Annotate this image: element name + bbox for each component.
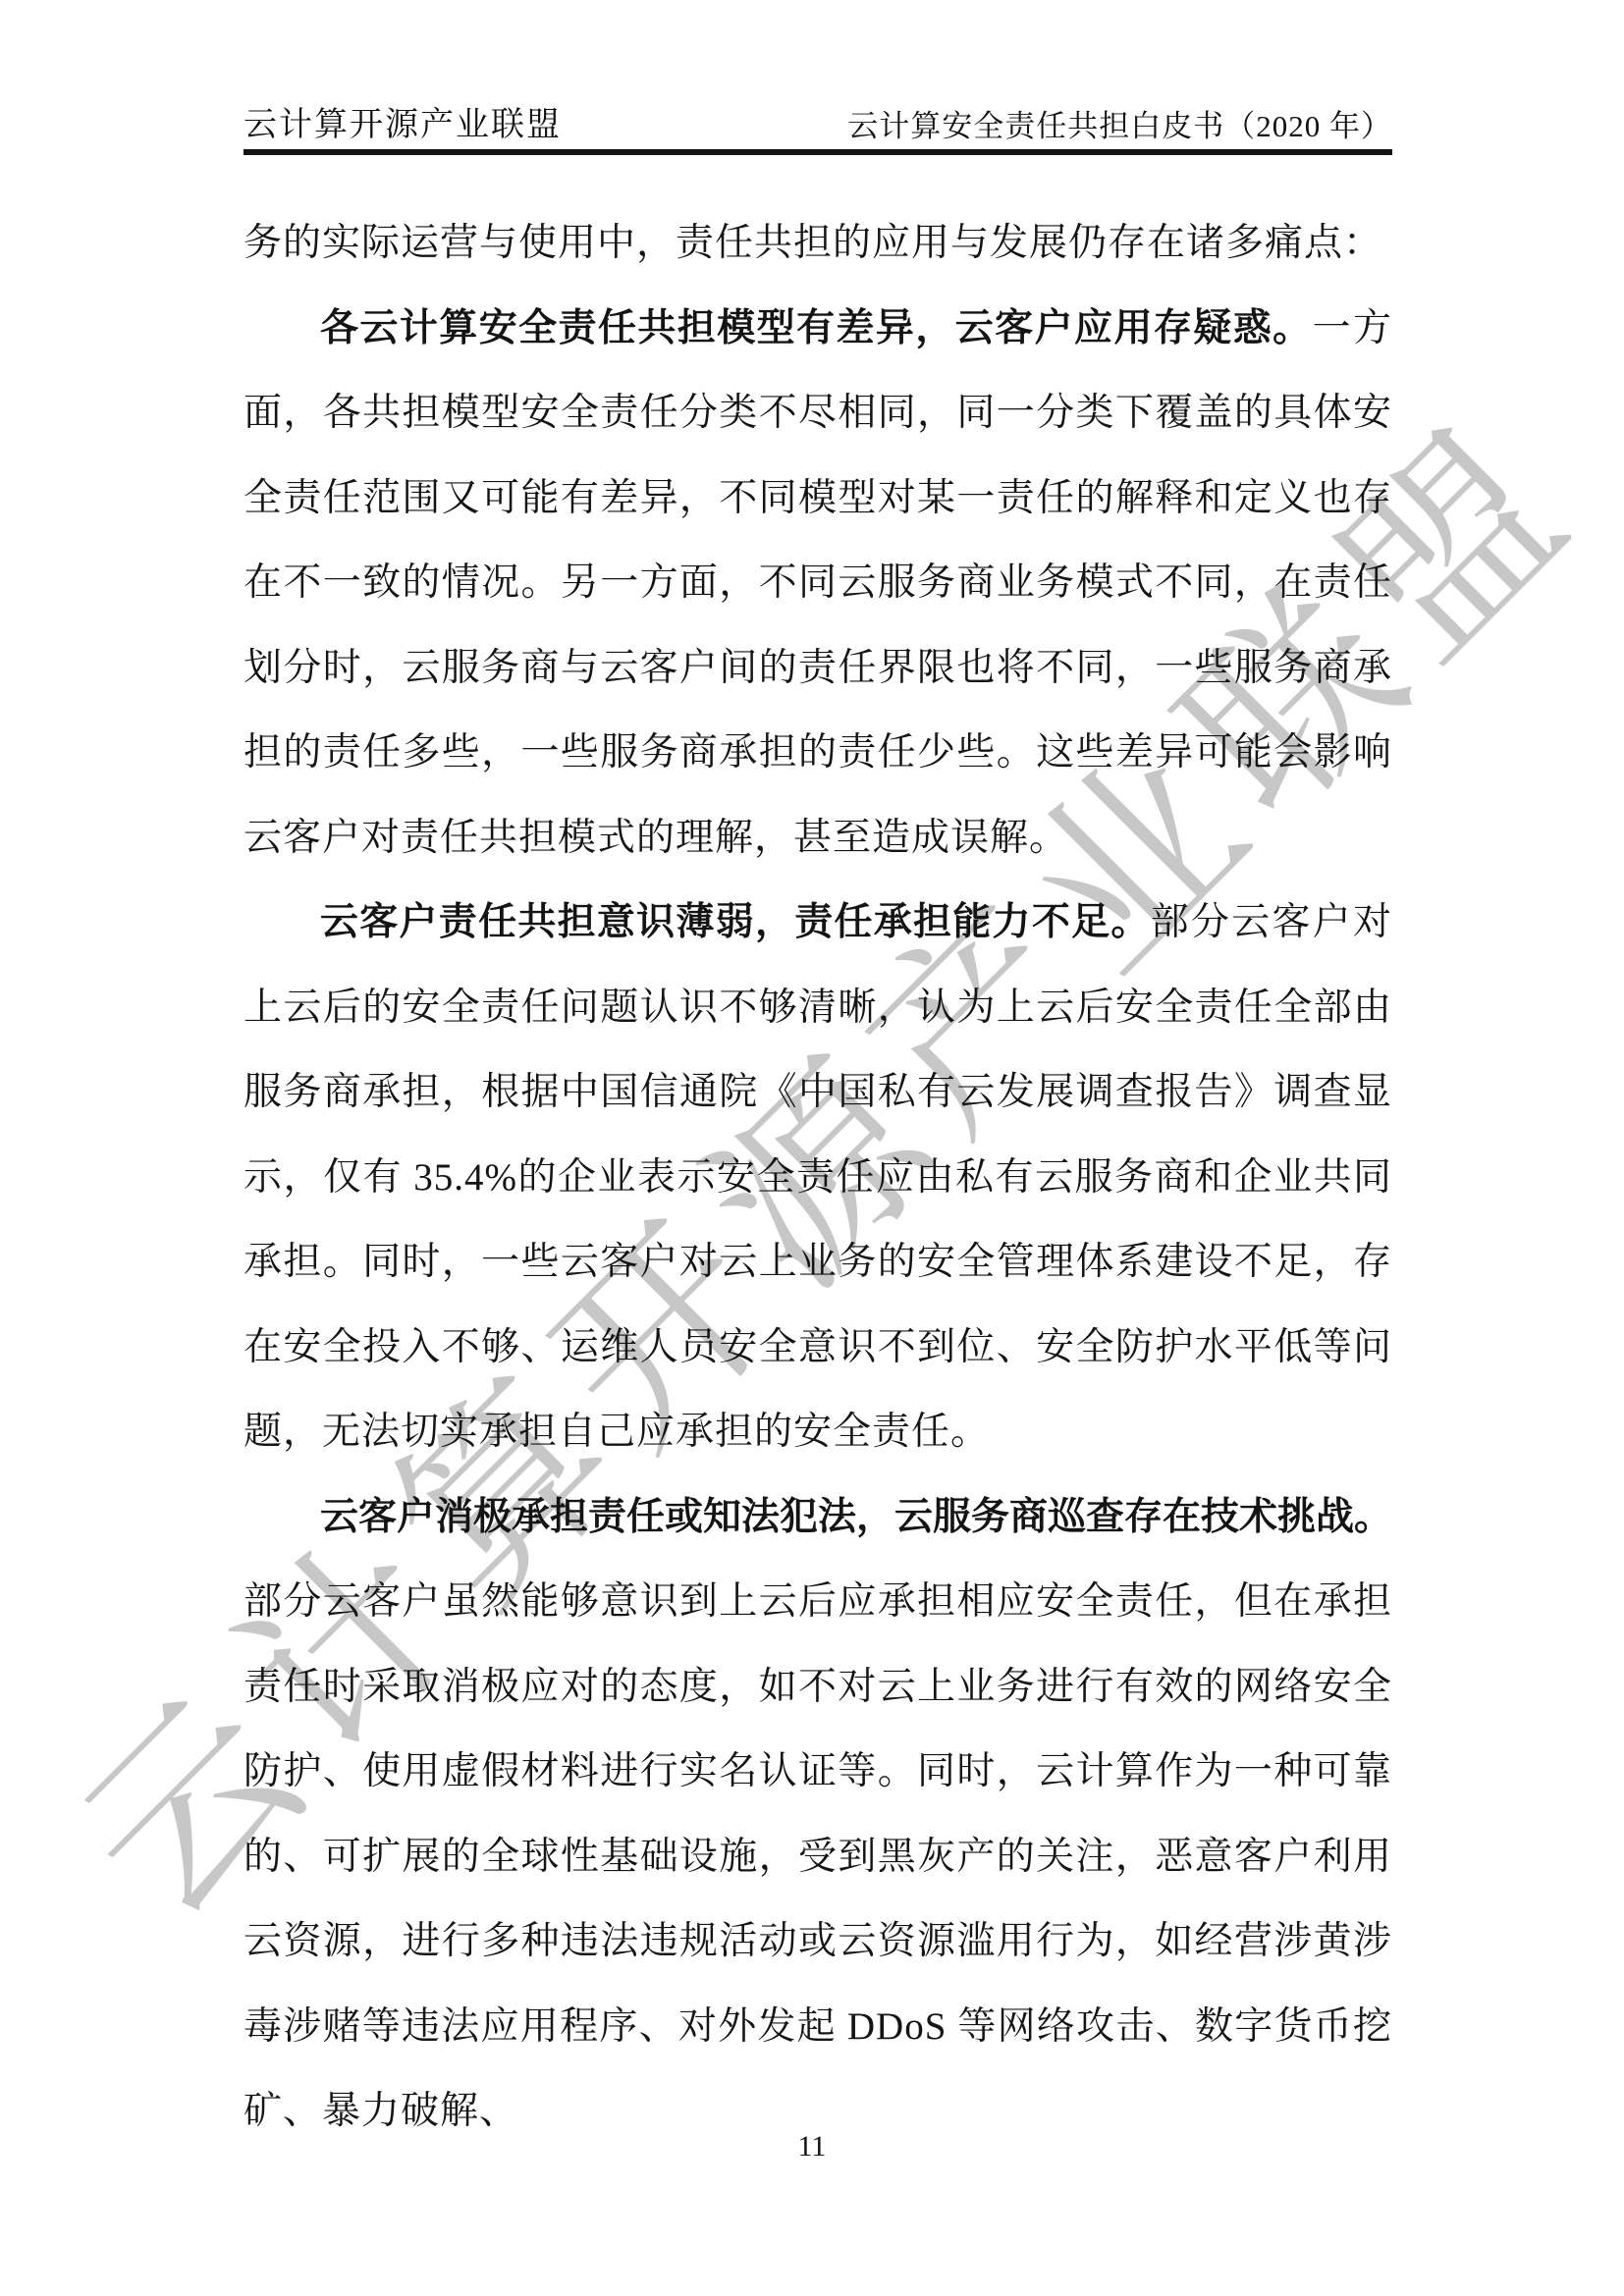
paragraph-weak-awareness-lead: 云客户责任共担意识薄弱，责任承担能力不足。 — [320, 901, 1151, 943]
document-page: 云计算开源产业联盟 云计算开源产业联盟 云计算安全责任共担白皮书（2020 年）… — [0, 0, 1624, 2296]
paragraph-models-differ-lead: 各云计算安全责任共担模型有差异，云客户应用存疑惑。 — [320, 307, 1313, 349]
page-number: 11 — [798, 2130, 827, 2163]
header-right-text: 云计算安全责任共担白皮书（2020 年） — [847, 108, 1392, 145]
header-rule — [244, 149, 1392, 155]
paragraph-continuation: 务的实际运营与使用中，责任共担的应用与发展仍存在诸多痛点： — [244, 201, 1392, 287]
paragraph-negative-compliance: 云客户消极承担责任或知法犯法，云服务商巡查存在技术挑战。部分云客户虽然能够意识到… — [244, 1475, 1392, 2155]
header-left-text: 云计算开源产业联盟 — [244, 106, 562, 145]
paragraph-negative-compliance-rest: 部分云客户虽然能够意识到上云后应承担相应安全责任，但在承担责任时采取消极应对的态… — [244, 1580, 1392, 2132]
paragraph-weak-awareness-rest: 部分云客户对上云后的安全责任问题认识不够清晰，认为上云后安全责任全部由服务商承担… — [244, 901, 1392, 1453]
paragraph-models-differ-rest: 一方面，各共担模型安全责任分类不尽相同，同一分类下覆盖的具体安全责任范围又可能有… — [244, 307, 1392, 859]
paragraph-negative-compliance-lead: 云客户消极承担责任或知法犯法，云服务商巡查存在技术挑战。 — [320, 1496, 1392, 1538]
body-text: 务的实际运营与使用中，责任共担的应用与发展仍存在诸多痛点： 各云计算安全责任共担… — [244, 201, 1392, 2155]
page-footer: 11 — [0, 2130, 1624, 2163]
page-header: 云计算开源产业联盟 云计算安全责任共担白皮书（2020 年） — [244, 106, 1392, 145]
paragraph-models-differ: 各云计算安全责任共担模型有差异，云客户应用存疑惑。一方面，各共担模型安全责任分类… — [244, 287, 1392, 881]
paragraph-weak-awareness: 云客户责任共担意识薄弱，责任承担能力不足。部分云客户对上云后的安全责任问题认识不… — [244, 881, 1392, 1475]
